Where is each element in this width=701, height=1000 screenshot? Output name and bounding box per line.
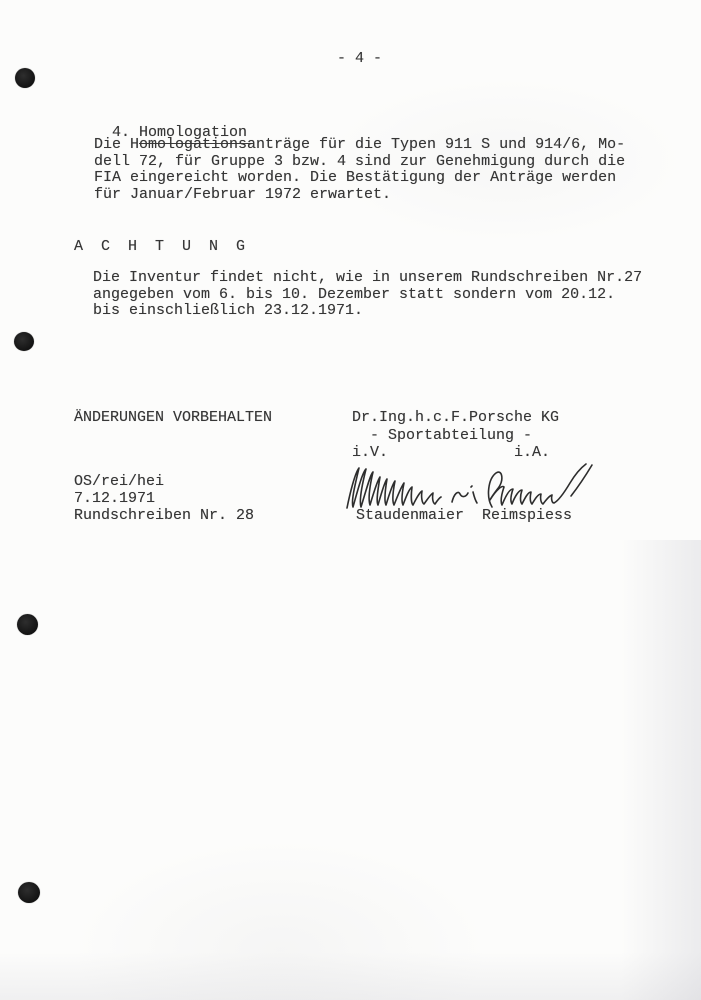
text-line: bis einschließlich 23.12.1971. bbox=[93, 303, 642, 320]
company-name: Dr.Ing.h.c.F.Porsche KG bbox=[352, 409, 559, 427]
text-line: FIA eingereicht worden. Die Bestätigung … bbox=[94, 170, 625, 187]
scanned-document-page: - 4 - 4.Homologation Die Homologationsan… bbox=[0, 0, 701, 1000]
department-name: - Sportabteilung - bbox=[352, 427, 559, 445]
company-signature-block: Dr.Ing.h.c.F.Porsche KG - Sportabteilung… bbox=[352, 409, 559, 462]
document-date: 7.12.1971 bbox=[74, 490, 254, 507]
text-line: Die Inventur findet nicht, wie in unsere… bbox=[93, 270, 642, 287]
text-line: für Januar/Februar 1972 erwartet. bbox=[94, 187, 625, 204]
scan-shadow-right bbox=[621, 540, 701, 1000]
circular-number: Rundschreiben Nr. 28 bbox=[74, 507, 254, 524]
text-line: Die Homologationsanträge für die Typen 9… bbox=[94, 137, 625, 154]
text-line: angegeben vom 6. bis 10. Dezember statt … bbox=[93, 287, 642, 304]
homologation-paragraph: Die Homologationsanträge für die Typen 9… bbox=[94, 137, 625, 203]
scan-shadow-bottom bbox=[0, 952, 701, 1000]
file-reference: OS/rei/hei bbox=[74, 473, 254, 490]
page-number: - 4 - bbox=[9, 51, 701, 68]
hole-punch-dot bbox=[17, 614, 38, 635]
reference-block: OS/rei/hei 7.12.1971 Rundschreiben Nr. 2… bbox=[74, 473, 254, 524]
text-line: dell 72, für Gruppe 3 bzw. 4 sind zur Ge… bbox=[94, 154, 625, 171]
hole-punch-dot bbox=[18, 882, 40, 903]
inventory-notice-paragraph: Die Inventur findet nicht, wie in unsere… bbox=[93, 270, 642, 320]
attention-heading: A C H T U N G bbox=[74, 239, 250, 256]
hole-punch-dot bbox=[15, 68, 35, 88]
changes-reserved-note: ÄNDERUNGEN VORBEHALTEN bbox=[74, 410, 272, 427]
signing-capacity-labels: i.V. i.A. bbox=[352, 444, 559, 462]
signer-names: Staudenmaier Reimspiess bbox=[356, 508, 572, 525]
hole-punch-dot bbox=[14, 332, 34, 351]
